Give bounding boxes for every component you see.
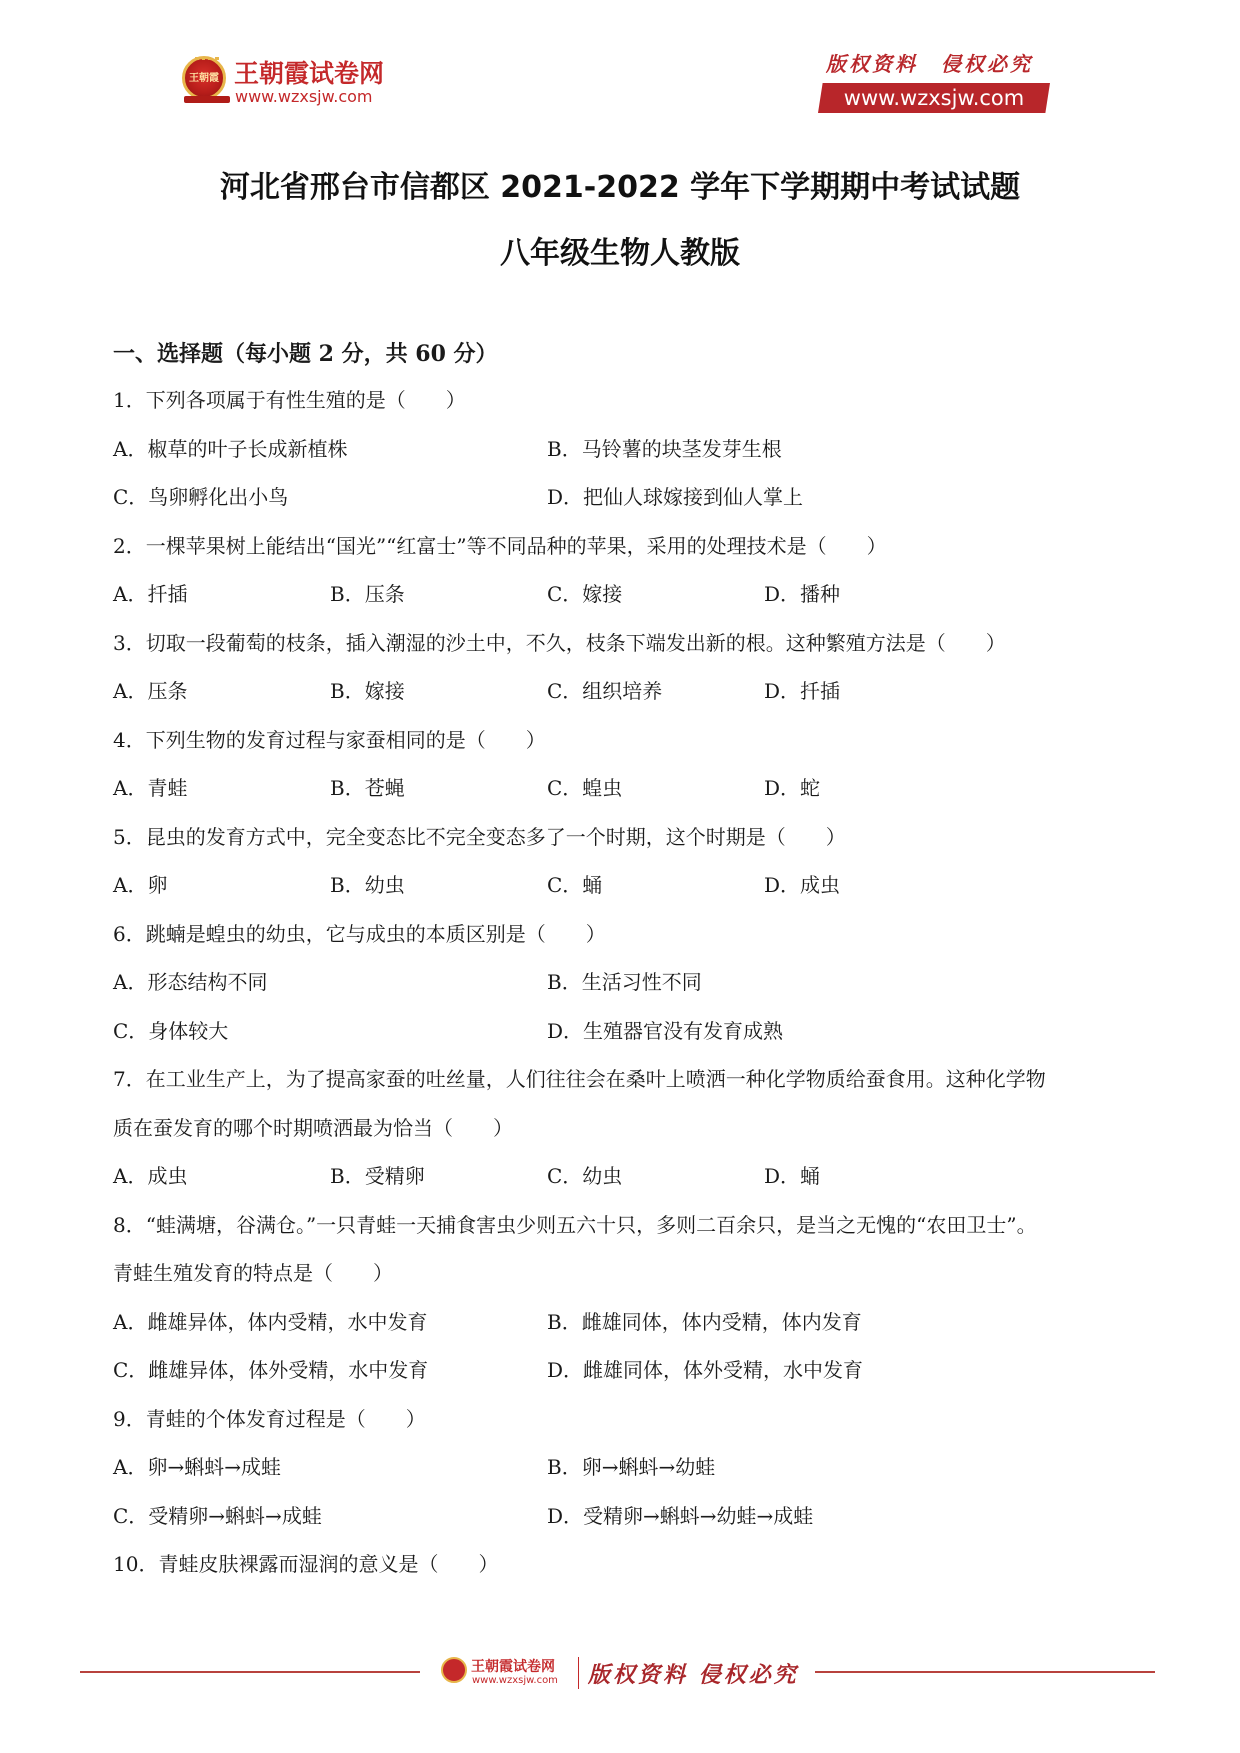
option-d: D．蛇 xyxy=(764,774,820,802)
logo-url: www.wzxsjw.com xyxy=(235,87,372,106)
option-a: A．成虫 xyxy=(113,1162,187,1190)
footer-logo-name: 王朝霞试卷网 xyxy=(471,1656,555,1676)
question-stem-continued: 青蛙生殖发育的特点是（ ） xyxy=(113,1259,393,1287)
logo-name: 王朝霞试卷网 xyxy=(234,54,384,90)
option-c: C．组织培养 xyxy=(547,677,662,705)
logo-badge-icon: 王朝霞 xyxy=(182,56,226,100)
option-b: B．生活习性不同 xyxy=(547,968,702,996)
option-b: B．马铃薯的块茎发芽生根 xyxy=(547,435,782,463)
copyright-slogan: 版权资料 侵权必究 xyxy=(818,48,1050,77)
option-c: C．幼虫 xyxy=(547,1162,622,1190)
copyright-stamp: 版权资料 侵权必究 www.wzxsjw.com xyxy=(818,48,1050,113)
option-a: A．雌雄异体，体内受精，水中发育 xyxy=(113,1308,427,1336)
option-d: D．播种 xyxy=(764,580,840,608)
option-b: B．苍蝇 xyxy=(330,774,405,802)
footer-logo: 王朝霞试卷网 www.wzxsjw.com xyxy=(441,1655,581,1691)
question-stem: 9．青蛙的个体发育过程是（ ） xyxy=(113,1405,426,1433)
option-c: C．雌雄异体，体外受精，水中发育 xyxy=(113,1356,428,1384)
footer-divider-right xyxy=(815,1671,1155,1673)
option-a: A．扦插 xyxy=(113,580,187,608)
option-b: B．压条 xyxy=(330,580,405,608)
crown-icon xyxy=(195,57,219,67)
footer-divider-left xyxy=(80,1671,420,1673)
footer-logo-url: www.wzxsjw.com xyxy=(472,1675,558,1686)
option-d: D．扦插 xyxy=(764,677,840,705)
question-stem: 8．“蛙满塘，谷满仓。”一只青蛙一天捕食害虫少则五六十只，多则二百余只，是当之无… xyxy=(113,1211,1037,1239)
question-stem: 4．下列生物的发育过程与家蚕相同的是（ ） xyxy=(113,726,546,754)
question-stem: 5．昆虫的发育方式中，完全变态比不完全变态多了一个时期，这个时期是（ ） xyxy=(113,823,846,851)
footer-separator xyxy=(578,1657,579,1689)
option-d: D．把仙人球嫁接到仙人掌上 xyxy=(547,483,803,511)
question-stem: 7．在工业生产上，为了提高家蚕的吐丝量，人们往往会在桑叶上喷洒一种化学物质给蚕食… xyxy=(113,1065,1046,1093)
option-b: B．幼虫 xyxy=(330,871,405,899)
option-c: C．鸟卵孵化出小鸟 xyxy=(113,483,288,511)
question-stem: 3．切取一段葡萄的枝条，插入潮湿的沙土中，不久，枝条下端发出新的根。这种繁殖方法… xyxy=(113,629,1006,657)
option-c: C．受精卵→蝌蚪→成蛙 xyxy=(113,1502,322,1530)
option-b: B．受精卵 xyxy=(330,1162,425,1190)
page-title: 河北省邢台市信都区 2021-2022 学年下学期期中考试试题 xyxy=(0,162,1240,206)
page-subtitle: 八年级生物人教版 xyxy=(0,228,1240,272)
question-stem: 2．一棵苹果树上能结出“国光”“红富士”等不同品种的苹果，采用的处理技术是（ ） xyxy=(113,532,887,560)
option-c: C．身体较大 xyxy=(113,1017,228,1045)
logo-ribbon xyxy=(184,96,230,103)
footer-slogan: 版权资料 侵权必究 xyxy=(588,1658,799,1689)
option-b: B．雌雄同体，体内受精，体内发育 xyxy=(547,1308,862,1336)
section-heading: 一、选择题（每小题 2 分，共 60 分） xyxy=(113,337,498,368)
option-c: C．蝗虫 xyxy=(547,774,622,802)
option-a: A．椒草的叶子长成新植株 xyxy=(113,435,347,463)
option-d: D．生殖器官没有发育成熟 xyxy=(547,1017,783,1045)
option-d: D．成虫 xyxy=(764,871,840,899)
question-stem: 6．跳蝻是蝗虫的幼虫，它与成虫的本质区别是（ ） xyxy=(113,920,606,948)
option-b: B．卵→蝌蚪→幼蛙 xyxy=(547,1453,715,1481)
question-stem: 1．下列各项属于有性生殖的是（ ） xyxy=(113,386,466,414)
option-a: A．形态结构不同 xyxy=(113,968,267,996)
option-a: A．卵 xyxy=(113,871,167,899)
option-d: D．受精卵→蝌蚪→幼蛙→成蛙 xyxy=(547,1502,813,1530)
logo-badge-text: 王朝霞 xyxy=(185,69,223,84)
question-stem-continued: 质在蚕发育的哪个时期喷洒最为恰当（ ） xyxy=(113,1114,513,1142)
option-d: D．蛹 xyxy=(764,1162,820,1190)
option-a: A．青蛙 xyxy=(113,774,187,802)
question-stem: 10．青蛙皮肤裸露而湿润的意义是（ ） xyxy=(113,1550,498,1578)
stamp-url: www.wzxsjw.com xyxy=(818,83,1050,113)
option-c: C．嫁接 xyxy=(547,580,622,608)
option-c: C．蛹 xyxy=(547,871,602,899)
footer-badge-icon xyxy=(441,1657,467,1683)
option-a: A．卵→蝌蚪→成蛙 xyxy=(113,1453,281,1481)
site-logo: 王朝霞 王朝霞试卷网 www.wzxsjw.com xyxy=(182,52,402,114)
option-b: B．嫁接 xyxy=(330,677,405,705)
option-d: D．雌雄同体，体外受精，水中发育 xyxy=(547,1356,863,1384)
option-a: A．压条 xyxy=(113,677,187,705)
